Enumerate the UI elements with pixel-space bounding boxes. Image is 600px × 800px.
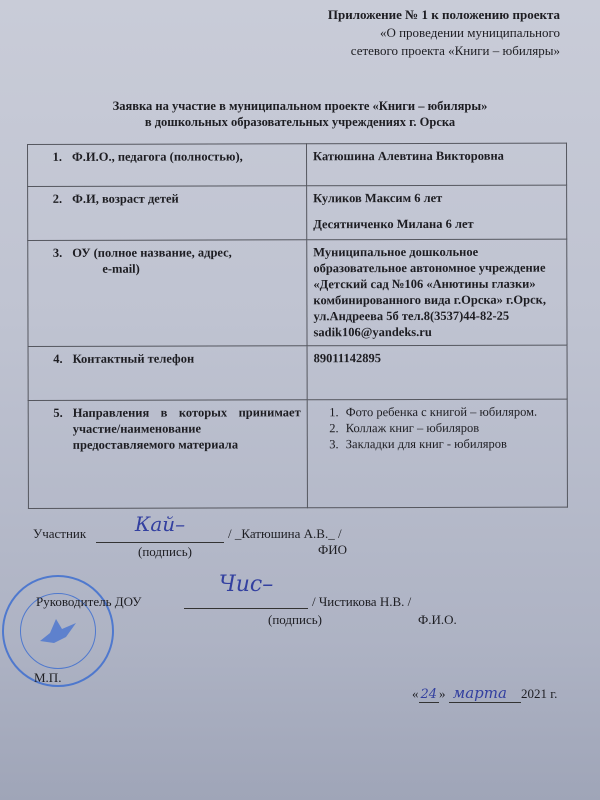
- head-name: / Чистикова Н.В. /: [312, 594, 411, 610]
- direction-item: Коллаж книг – юбиляров: [342, 420, 561, 437]
- appendix-subtitle-1: «О проведении муниципального: [328, 24, 560, 42]
- head-name-caption: Ф.И.О.: [418, 612, 457, 628]
- label-institution-email: e-mail): [34, 260, 300, 277]
- document-title: Заявка на участие в муниципальном проект…: [0, 98, 600, 130]
- row-label: 3.ОУ (полное название, адрес, e-mail): [28, 240, 307, 347]
- head-sign-caption: (подпись): [268, 612, 322, 628]
- row-label: 5. Направления в которых принимает участ…: [28, 400, 307, 509]
- child-2: Десятниченко Милана 6 лет: [313, 216, 560, 233]
- date-month: марта: [449, 684, 521, 703]
- participant-sign-caption: (подпись): [138, 544, 192, 560]
- label-phone: Контактный телефон: [73, 352, 195, 366]
- appendix-subtitle-2: сетевого проекта «Книги – юбиляры»: [328, 42, 560, 60]
- title-line-2: в дошкольных образовательных учреждениях…: [0, 114, 600, 130]
- head-label: Руководитель ДОУ: [36, 594, 141, 610]
- date-quote-close: »: [439, 686, 446, 701]
- direction-item: Фото ребенка с книгой – юбиляром.: [342, 404, 561, 421]
- bird-emblem-icon: [36, 613, 80, 649]
- signing-date: «24» марта2021 г.: [412, 684, 557, 703]
- table-row: 3.ОУ (полное название, адрес, e-mail) Му…: [28, 239, 567, 346]
- child-1: Куликов Максим 6 лет: [313, 190, 560, 207]
- teacher-name-value: Катюшина Алевтина Викторовна: [307, 143, 567, 186]
- table-row: 4.Контактный телефон 89011142895: [28, 345, 567, 400]
- title-line-1: Заявка на участие в муниципальном проект…: [0, 98, 600, 114]
- appendix-title: Приложение № 1 к положению проекта: [328, 6, 560, 24]
- participant-name: / _Катюшина А.В._ /: [228, 526, 342, 542]
- date-day: 24: [419, 687, 440, 703]
- stamp-place-label: М.П.: [34, 670, 61, 686]
- row-number: 5.: [41, 405, 63, 453]
- table-row: 1.Ф.И.О., педагога (полностью), Катюшина…: [28, 143, 567, 186]
- directions-list: Фото ребенка с книгой – юбиляром. Коллаж…: [314, 404, 561, 453]
- label-directions: Направления в которых принимает участие/…: [73, 404, 301, 453]
- head-signature-line: Чис–: [184, 572, 308, 609]
- appendix-header: Приложение № 1 к положению проекта «О пр…: [328, 6, 560, 60]
- application-form-table: 1.Ф.И.О., педагога (полностью), Катюшина…: [27, 143, 568, 509]
- row-number: 3.: [40, 245, 62, 261]
- phone-value: 89011142895: [307, 345, 567, 400]
- children-value: Куликов Максим 6 лет Десятниченко Милана…: [307, 185, 567, 240]
- row-number: 2.: [40, 191, 62, 207]
- row-number: 1.: [40, 149, 62, 165]
- participant-label: Участник: [33, 526, 86, 542]
- participant-signature: Кай–: [135, 512, 185, 536]
- row-label: 1.Ф.И.О., педагога (полностью),: [28, 144, 307, 187]
- table-row: 5. Направления в которых принимает участ…: [28, 399, 567, 508]
- participant-signature-line: Кай–: [96, 512, 224, 543]
- direction-item: Закладки для книг - юбиляров: [342, 436, 561, 453]
- participant-name-caption: ФИО: [318, 542, 347, 558]
- row-number: 4.: [41, 351, 63, 367]
- head-signature: Чис–: [219, 572, 274, 597]
- date-year: 2021 г.: [521, 686, 557, 701]
- label-institution: ОУ (полное название, адрес,: [72, 245, 232, 259]
- row-label: 2.Ф.И, возраст детей: [28, 186, 307, 241]
- institution-value: Муниципальное дошкольное образовательное…: [307, 239, 567, 346]
- label-children: Ф.И, возраст детей: [72, 192, 179, 206]
- directions-value: Фото ребенка с книгой – юбиляром. Коллаж…: [307, 399, 567, 508]
- table-row: 2.Ф.И, возраст детей Куликов Максим 6 ле…: [28, 185, 567, 240]
- label-teacher-name: Ф.И.О., педагога (полностью),: [72, 149, 243, 163]
- row-label: 4.Контактный телефон: [28, 346, 307, 401]
